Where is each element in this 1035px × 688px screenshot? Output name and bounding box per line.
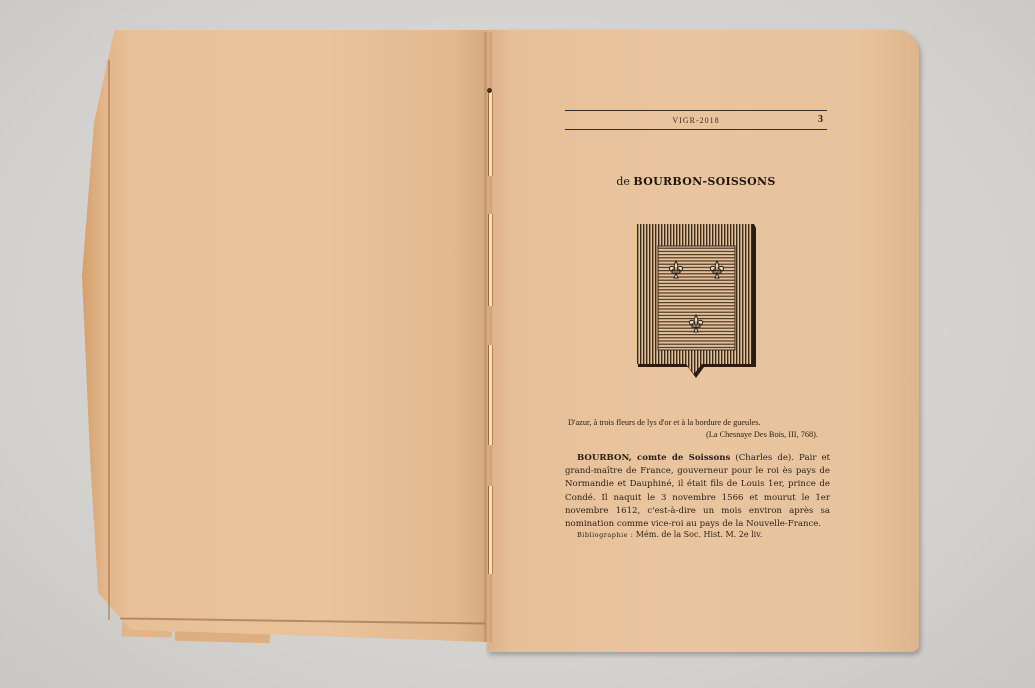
bibliography-label: Bibliographie : [577, 531, 633, 539]
title-family-name: BOURBON-SOISSONS [633, 175, 775, 188]
running-head: VIGR-2018 [565, 116, 827, 125]
page-number: 3 [818, 114, 823, 125]
page-title: de BOURBON-SOISSONS [565, 175, 827, 188]
binding-thread [488, 214, 493, 306]
open-book: VIGR-2018 3 de BOURBON-SOISSONS D'azur, … [0, 0, 1035, 688]
blazon-source: (La Chesnaye Des Bois, III, 768). [568, 429, 830, 441]
left-page-blank [82, 30, 487, 642]
header-rule-top [565, 110, 827, 111]
bibliography-line: Bibliographie : Mém. de la Soc. Hist. M.… [577, 530, 762, 539]
title-prefix: de [616, 175, 633, 188]
entry-text: (Charles de). Pair et grand-maître de Fr… [565, 453, 830, 529]
header-rule-bottom [565, 129, 827, 130]
entry-name: BOURBON, comte de Soissons [577, 453, 730, 463]
binding-thread [488, 486, 493, 574]
biography-paragraph: BOURBON, comte de Soissons (Charles de).… [565, 452, 830, 531]
blazon-text: D'azur, à trois fleurs de lys d'or et à … [568, 418, 761, 427]
bibliography-text: Mém. de la Soc. Hist. M. 2e liv. [633, 530, 762, 539]
left-page-fold-line [108, 60, 110, 620]
binding-thread [488, 345, 493, 445]
binding-thread [488, 92, 493, 176]
blazon-caption: D'azur, à trois fleurs de lys d'or et à … [568, 417, 830, 441]
stitch-hole [487, 88, 492, 93]
heraldic-shield-icon [634, 222, 758, 382]
